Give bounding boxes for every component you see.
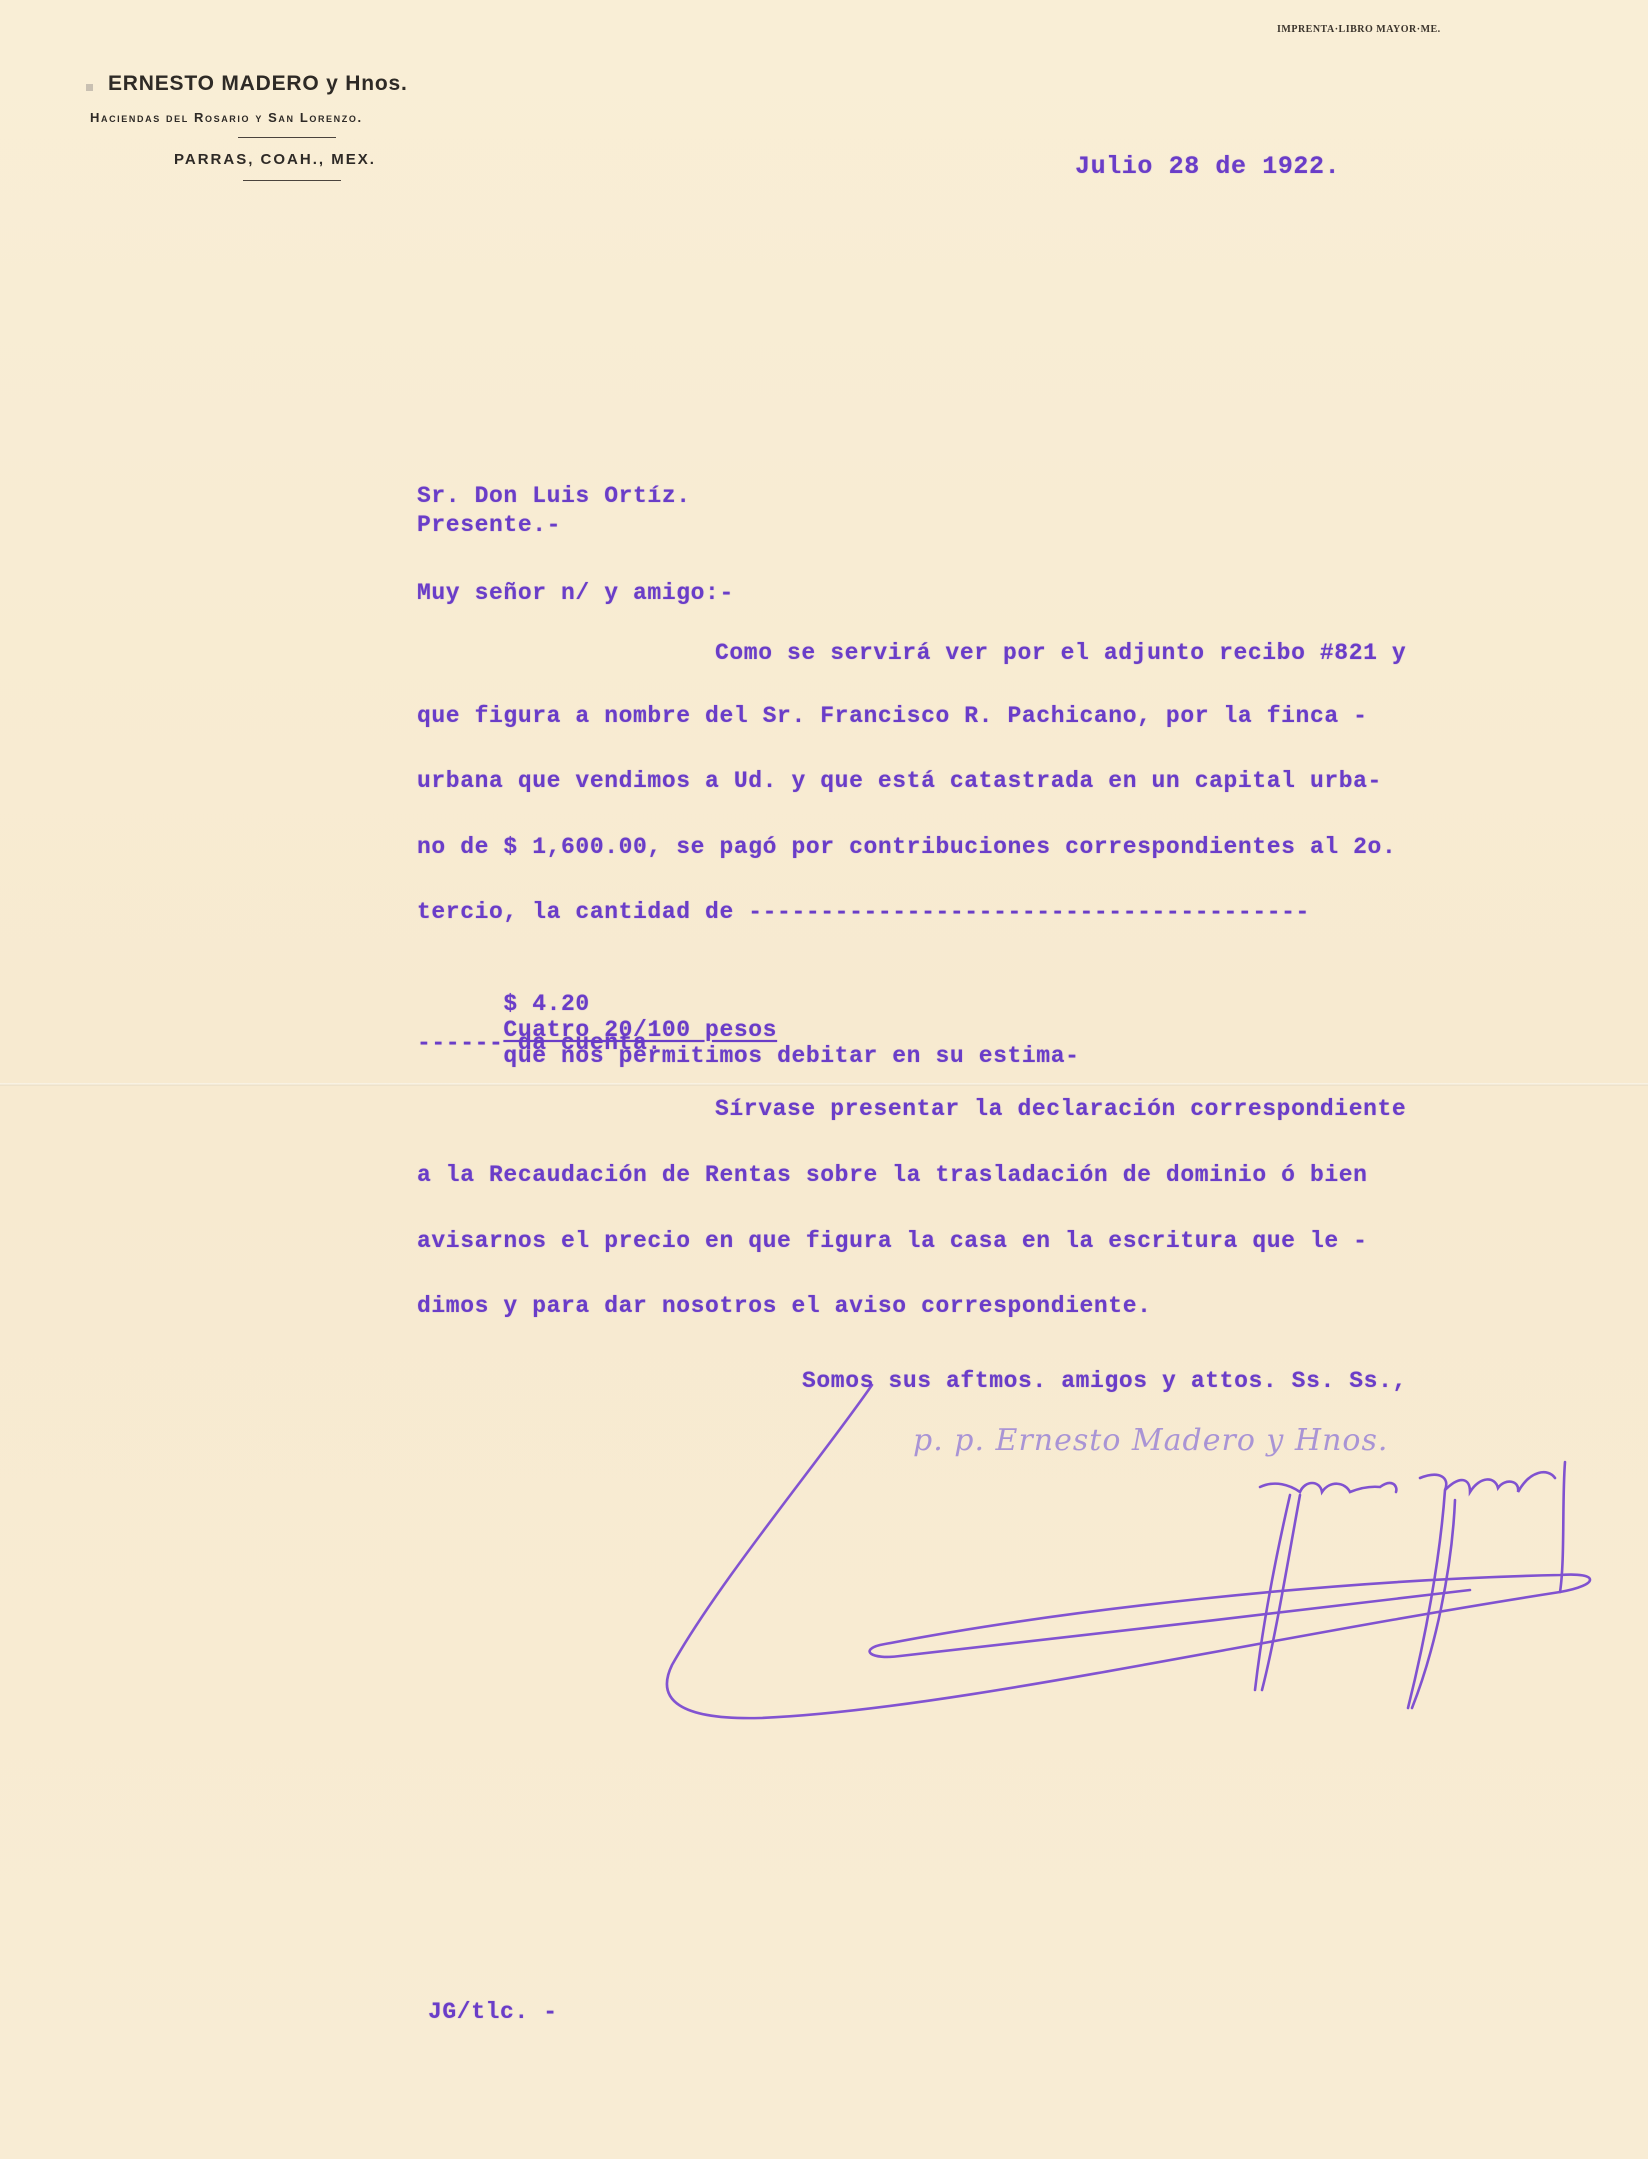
handwritten-signature-icon [0,0,1648,2159]
reference-initials: JG/tlc. - [428,1999,558,2025]
letter-page: IMPRENTA·LIBRO MAYOR·ME. ERNESTO MADERO … [0,0,1648,2159]
